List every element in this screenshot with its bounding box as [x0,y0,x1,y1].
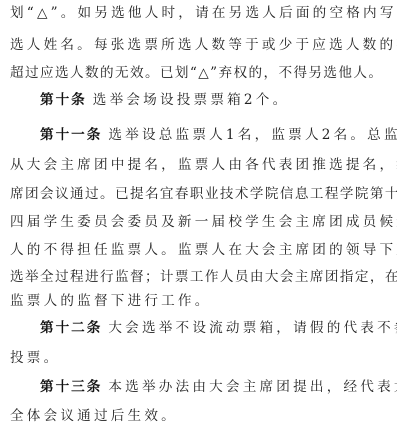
article-heading: 第十二条 [40,320,102,336]
article-heading: 第十条 [40,92,87,108]
article-10: 第十条选举会场设投票票箱2个。 [10,90,390,110]
paragraph-line: 四届学生委员会委员及新一届校学生会主席团成员候选 [10,212,390,232]
paragraph-line: 人的不得担任监票人。监票人在大会主席团的领导下对 [10,240,390,260]
paragraph-line: 选人姓名。每张选票所选人数等于或少于应选人数的有效， [10,35,390,55]
article-heading: 第十一条 [40,127,102,143]
paragraph-line: 席团会议通过。已提名宜春职业技术学院信息工程学院第十 [10,184,390,204]
article-text: 选举会场设投票票箱2个。 [93,92,290,108]
article-13: 第十三条本选举办法由大会主席团提出，经代表大会 [10,377,390,397]
paragraph-line: 投票。 [10,348,390,368]
paragraph-line: 超过应选人数的无效。已划“△”弃权的，不得另选他人。 [10,63,390,83]
article-11: 第十一条选举设总监票人1名，监票人2名。总监票人 [10,125,390,145]
paragraph-line: 选举全过程进行监督；计票工作人员由大会主席团指定，在 [10,267,390,287]
article-12: 第十二条大会选举不设流动票箱，请假的代表不参加 [10,318,390,338]
paragraph-line: 从大会主席团中提名，监票人由各代表团推选提名，经主 [10,155,390,175]
article-text: 本选举办法由大会主席团提出，经代表大会 [108,379,397,395]
paragraph-line: 全体会议通过后生效。 [10,406,390,426]
paragraph-line: 划“△”。如另选他人时，请在另选人后面的空格内写上另 [10,3,390,23]
article-text: 大会选举不设流动票箱，请假的代表不参加 [108,320,397,336]
article-heading: 第十三条 [40,379,102,395]
paragraph-line: 监票人的监督下进行工作。 [10,291,390,311]
article-text: 选举设总监票人1名，监票人2名。总监票人 [108,127,397,143]
